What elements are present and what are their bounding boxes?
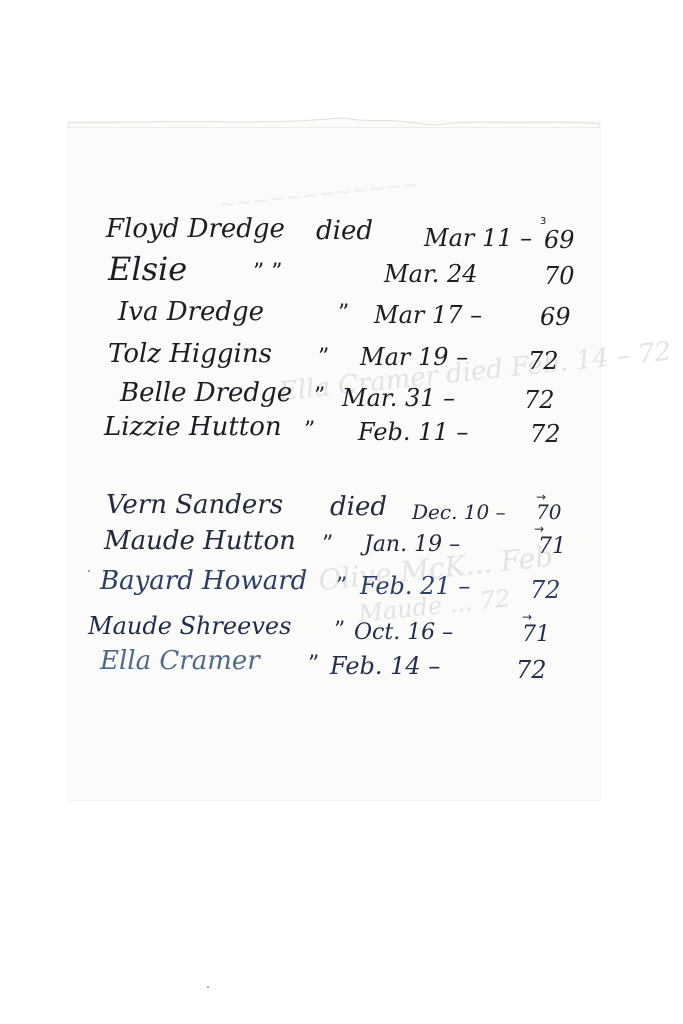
verb-died: died: [316, 216, 373, 246]
death-year: 72: [530, 576, 561, 604]
death-date: Feb. 14 –: [330, 652, 440, 680]
death-year: 72: [516, 656, 547, 684]
death-date: Mar 17 –: [374, 301, 482, 329]
paper-sheet: ~~~~~~~~~~~~ Ella Cramer died Feb. 14 – …: [68, 122, 600, 800]
person-name: Lizzie Hutton: [104, 412, 282, 442]
entry-row: Floyd Dredge died Mar 11 – 3 69: [68, 214, 600, 254]
person-name: Floyd Dredge: [106, 214, 285, 244]
person-name: Maude Shreeves: [88, 612, 291, 640]
ditto-mark: ”: [338, 301, 349, 326]
death-date: Feb. 11 –: [358, 418, 468, 446]
entry-row: Vern Sanders died Dec. 10 – → 70: [68, 490, 600, 530]
death-date: Mar 19 –: [360, 343, 468, 371]
person-name: Maude Hutton: [104, 526, 296, 556]
ink-speck: [368, 662, 370, 664]
entry-row: Maude Hutton ” Jan. 19 – → 71: [68, 526, 600, 566]
bleed-through-smudge: ~~~~~~~~~~~~: [217, 172, 420, 217]
death-year: 72: [524, 386, 555, 414]
death-date: Oct. 16 –: [354, 620, 453, 645]
ditto-mark: ”: [336, 574, 347, 599]
death-year: 71: [522, 622, 550, 647]
death-date: Dec. 10 –: [412, 500, 506, 524]
entry-row: Iva Dredge ” Mar 17 – 69: [68, 295, 600, 335]
death-date: Feb. 21 –: [360, 572, 470, 600]
person-name: Bayard Howard: [100, 566, 307, 596]
ditto-mark: ”: [308, 652, 319, 677]
person-name: Tolz Higgins: [108, 339, 272, 369]
ditto-mark: ”: [334, 618, 345, 643]
person-name: Belle Dredge: [120, 378, 292, 408]
death-year: 70: [544, 262, 575, 290]
torn-top-edge: [68, 116, 600, 128]
dust-speck: [207, 986, 209, 988]
death-year: 70: [536, 500, 561, 524]
person-name: Elsie: [108, 250, 187, 288]
death-date: Jan. 19 –: [364, 532, 460, 557]
ditto-mark: ”: [318, 345, 329, 370]
ditto-mark: ”: [322, 532, 333, 557]
death-date: Mar. 24: [384, 260, 478, 288]
death-year: 72: [528, 347, 559, 375]
person-name: Iva Dredge: [118, 297, 264, 327]
death-year: 72: [530, 420, 561, 448]
ditto-mark: ”: [314, 384, 325, 409]
verb-died: died: [330, 492, 387, 522]
entry-row: Tolz Higgins ” Mar 19 – 72: [68, 337, 600, 377]
death-date: Mar 11 –: [424, 224, 532, 252]
death-date: Mar. 31 –: [342, 384, 455, 412]
death-year: 71: [538, 534, 566, 559]
death-year: 69: [540, 303, 571, 331]
entry-row: Elsie ” ” Mar. 24 70: [68, 250, 600, 290]
ditto-mark: ” ”: [253, 260, 283, 285]
entry-row: Bayard Howard ” Feb. 21 – 72: [68, 566, 600, 606]
ditto-mark: ”: [304, 418, 315, 443]
person-name: Vern Sanders: [106, 490, 283, 520]
ink-speck: [88, 570, 90, 572]
entry-row: Ella Cramer ” Feb. 14 – 72: [68, 646, 600, 686]
entry-row: Lizzie Hutton ” Feb. 11 – 72: [68, 412, 600, 452]
person-name: Ella Cramer: [100, 646, 260, 676]
